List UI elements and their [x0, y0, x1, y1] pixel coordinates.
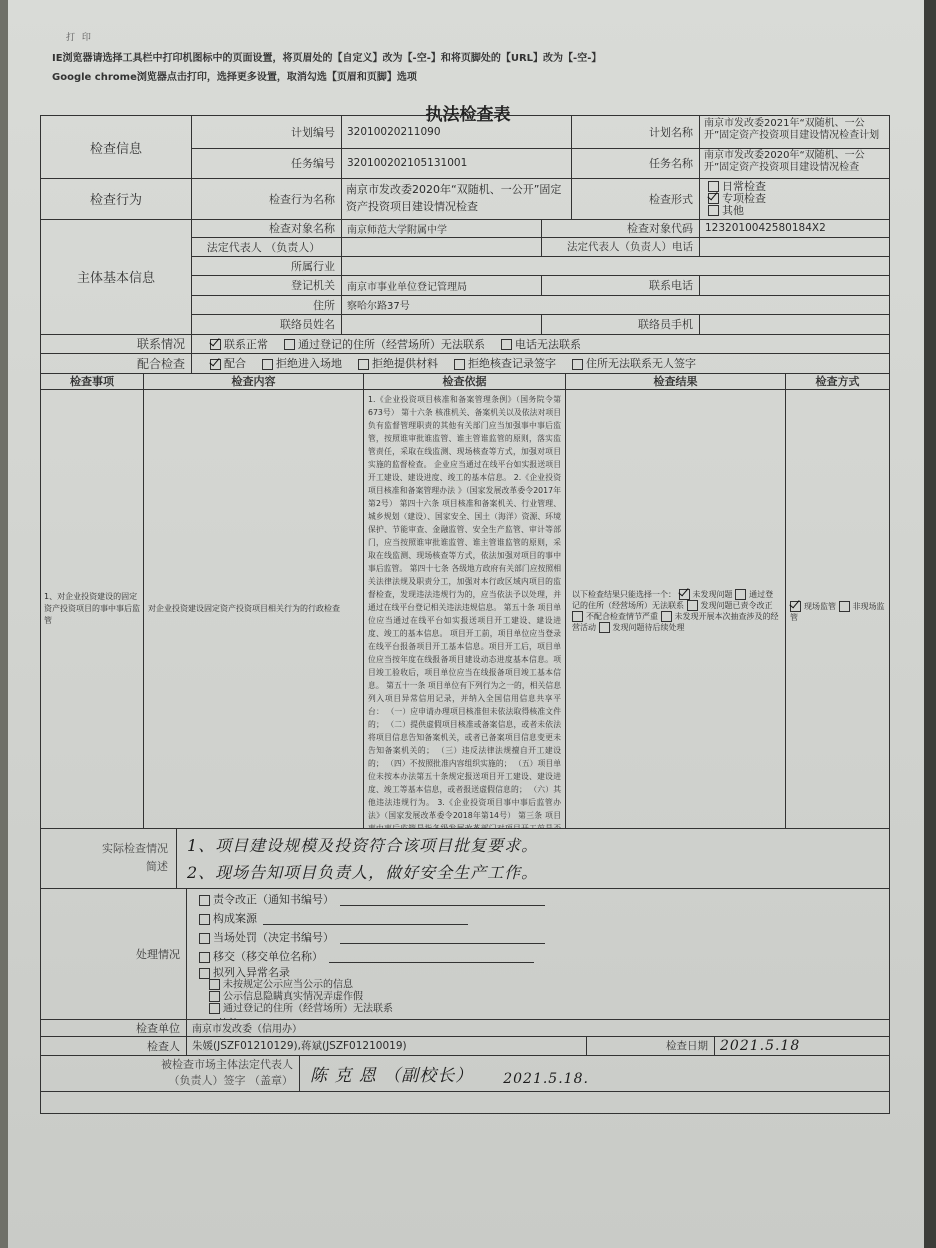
actual-situation-text: 1、项目建设规模及投资符合该项目批复要求。 2、现场告知项目负责人，做好安全生产… — [176, 828, 889, 888]
checkbox-abnormal-list[interactable] — [199, 968, 210, 979]
header-check-method: 检查方式 — [785, 373, 889, 389]
handling-options: 责令改正（通知书编号） 构成案源 当场处罚（决定书编号） 移交（移交单位名称） … — [186, 888, 889, 1019]
result-no-issue[interactable]: 未发现问题 — [679, 590, 733, 599]
checkbox-rectify[interactable] — [199, 895, 210, 906]
option-other-check[interactable]: 其他 — [708, 205, 744, 217]
industry-label: 所属行业 — [191, 256, 341, 275]
option-address-unreachable[interactable]: 通过登记的住所（经营场所）无法联系 — [284, 336, 485, 352]
address-label: 住所 — [191, 295, 341, 314]
unit-value: 南京市发改委（信用办） — [186, 1019, 889, 1036]
notice-no-field[interactable] — [340, 895, 545, 906]
option-cooperate[interactable]: 配合 — [210, 355, 246, 371]
object-name-label: 检查对象名称 — [191, 219, 341, 237]
task-no-value: 320100202105131001 — [341, 148, 571, 178]
address-value: 察哈尔路37号 — [341, 295, 889, 314]
checkbox-other[interactable] — [708, 205, 719, 216]
inspection-form-label: 检查形式 — [571, 178, 699, 219]
cooperation-options: 配合 拒绝进入场地 拒绝提供材料 拒绝核查记录签字 住所无法联系无人签字 — [191, 353, 889, 373]
option-refuse-materials[interactable]: 拒绝提供材料 — [358, 355, 438, 371]
sub-unreachable[interactable]: 通过登记的住所（经营场所）无法联系 — [209, 1003, 889, 1015]
actual-situation-label: 实际检查情况 简述 — [41, 828, 176, 888]
sub-not-disclosed[interactable]: 未按规定公示应当公示的信息 — [209, 979, 889, 991]
liaison-mobile-label: 联络员手机 — [541, 314, 699, 334]
header-check-content: 检查内容 — [143, 373, 363, 389]
signature-date: 2021.5.18. — [503, 1071, 589, 1087]
inspection-form-table: 检查信息 计划编号 32010020211090 计划名称 南京市发改委2021… — [40, 115, 890, 1114]
result-rectified[interactable]: 发现问题已责令改正 — [687, 601, 773, 610]
legal-rep-value — [341, 237, 541, 256]
transfer-unit-field[interactable] — [329, 952, 534, 963]
legal-rep-phone-label: 法定代表人（负责人）电话 — [541, 237, 699, 256]
header-check-item: 检查事项 — [41, 373, 143, 389]
case-source-field[interactable] — [263, 914, 468, 925]
checkbox-onsite[interactable] — [790, 601, 801, 612]
checkbox-rectified[interactable] — [687, 600, 698, 611]
check-method-options: 现场监管 非现场监管 — [785, 389, 889, 828]
checkbox-refuse-materials[interactable] — [358, 359, 369, 370]
contact-phone-value — [699, 275, 889, 295]
check-basis-value: 1.《企业投资项目核准和备案管理条例》（国务院令第673号） 第十六条 核准机关… — [363, 389, 565, 828]
option-no-one-sign[interactable]: 住所无法联系无人签字 — [572, 355, 696, 371]
contact-status-label: 联系情况 — [41, 334, 191, 353]
signature-label: 被检查市场主体法定代表人 （负责人）签字 （盖章） — [41, 1055, 299, 1091]
sub-false-info[interactable]: 公示信息隐瞒真实情况弄虚作假 — [209, 991, 889, 1003]
section-inspection-info: 检查信息 — [41, 116, 191, 178]
checkbox-non-cooperation[interactable] — [572, 611, 583, 622]
instruction-ie: IE浏览器请选择工具栏中打印机图标中的页面设置，将页眉处的【自定义】改为【-空-… — [52, 49, 601, 64]
action-name-label: 检查行为名称 — [191, 178, 341, 219]
check-content-value: 对企业投资建设固定资产投资项目相关行为的行政检查 — [143, 389, 363, 828]
section-inspection-action: 检查行为 — [41, 178, 191, 219]
instruction-chrome: Google chrome浏览器点击打印，选择更多设置，取消勾选【页眉和页脚】选… — [52, 68, 417, 83]
plan-name-value: 南京市发改委2021年“双随机、一公开”固定资产投资项目建设情况检查计划 — [699, 116, 889, 148]
checkbox-pending[interactable] — [599, 622, 610, 633]
action-name-value: 南京市发改委2020年“双随机、一公开”固定资产投资项目建设情况检查 — [341, 178, 571, 219]
object-code-label: 检查对象代码 — [541, 219, 699, 237]
header-check-result: 检查结果 — [565, 373, 785, 389]
handling-rectify[interactable]: 责令改正（通知书编号） — [199, 890, 889, 909]
checkbox-refuse-entry[interactable] — [262, 359, 273, 370]
handling-transfer[interactable]: 移交（移交单位名称） — [199, 947, 889, 966]
checkbox-not-disclosed[interactable] — [209, 979, 220, 990]
date-value: 2021.5.18 — [714, 1036, 889, 1055]
section-subject-info: 主体基本信息 — [41, 219, 191, 334]
checkbox-cooperate[interactable] — [210, 359, 221, 370]
situation-line-1: 1、项目建设规模及投资符合该项目批复要求。 — [187, 833, 538, 856]
option-contact-normal[interactable]: 联系正常 — [210, 336, 268, 352]
signature-value: 陈 克 恩 （副校长） — [310, 1061, 473, 1086]
option-refuse-sign[interactable]: 拒绝核查记录签字 — [454, 355, 556, 371]
header-check-basis: 检查依据 — [363, 373, 565, 389]
decision-no-field[interactable] — [340, 933, 545, 944]
checkbox-false-info[interactable] — [209, 991, 220, 1002]
method-onsite[interactable]: 现场监管 — [790, 602, 836, 611]
date-label: 检查日期 — [586, 1036, 714, 1055]
cooperation-label: 配合检查 — [41, 353, 191, 373]
paper-edge — [924, 0, 936, 1248]
plan-no-label: 计划编号 — [191, 116, 341, 148]
plan-no-value: 32010020211090 — [341, 116, 571, 148]
task-no-label: 任务编号 — [191, 148, 341, 178]
liaison-name-label: 联络员姓名 — [191, 314, 341, 334]
legal-rep-label: 法定代表人 （负责人） — [191, 237, 341, 256]
unit-label: 检查单位 — [41, 1019, 186, 1036]
checkbox-no-one-sign[interactable] — [572, 359, 583, 370]
inspector-label: 检查人 — [41, 1036, 186, 1055]
legal-rep-phone-value — [699, 237, 889, 256]
handling-onsite-penalty[interactable]: 当场处罚（决定书编号） — [199, 928, 889, 947]
signature-field[interactable]: 陈 克 恩 （副校长） 2021.5.18. — [299, 1055, 889, 1091]
checkbox-offsite[interactable] — [839, 601, 850, 612]
task-name-value: 南京市发改委2020年“双随机、一公开”固定资产投资项目建设情况检查 — [699, 148, 889, 178]
handling-case-source[interactable]: 构成案源 — [199, 909, 889, 928]
option-phone-unreachable[interactable]: 电话无法联系 — [501, 336, 581, 352]
print-label[interactable]: 打 印 — [66, 30, 93, 43]
reg-authority-label: 登记机关 — [191, 275, 341, 295]
liaison-mobile-value — [699, 314, 889, 334]
checkbox-case-source[interactable] — [199, 914, 210, 925]
situation-line-2: 2、现场告知项目负责人，做好安全生产工作。 — [187, 860, 538, 883]
checkbox-no-activity[interactable] — [661, 611, 672, 622]
contact-status-options: 联系正常 通过登记的住所（经营场所）无法联系 电话无法联系 — [191, 334, 889, 353]
checkbox-contact-normal[interactable] — [210, 339, 221, 350]
checkbox-transfer[interactable] — [199, 952, 210, 963]
plan-name-label: 计划名称 — [571, 116, 699, 148]
handling-abnormal-list[interactable]: 拟列入异常名录 — [199, 966, 889, 979]
handling-label: 处理情况 — [41, 888, 186, 1019]
option-refuse-entry[interactable]: 拒绝进入场地 — [262, 355, 342, 371]
inspector-value: 朱媛(JSZF01210129),蒋斌(JSZF01210019) — [186, 1036, 586, 1055]
checkbox-refuse-sign[interactable] — [454, 359, 465, 370]
contact-phone-label: 联系电话 — [541, 275, 699, 295]
check-item-value: 1、对企业投资建设的固定资产投资项目的事中事后监管 — [41, 389, 143, 828]
check-result-options: 以下检查结果只能选择一个： 未发现问题 通过登记的住所（经营场所）无法联系 发现… — [565, 389, 785, 828]
checkbox-result-address[interactable] — [735, 589, 746, 600]
checkbox-phone-unreachable[interactable] — [501, 339, 512, 350]
result-non-cooperation[interactable]: 不配合检查情节严重 — [572, 612, 658, 621]
checkbox-onsite-penalty[interactable] — [199, 933, 210, 944]
industry-value — [341, 256, 889, 275]
object-code-value: 1232010042580184X2 — [699, 219, 889, 237]
object-name-value: 南京师范大学附属中学 — [341, 219, 541, 237]
liaison-name-value — [341, 314, 541, 334]
task-name-label: 任务名称 — [571, 148, 699, 178]
checkbox-no-issue[interactable] — [679, 589, 690, 600]
inspection-form-options: 日常检查 专项检查 其他 — [699, 178, 889, 219]
checkbox-special[interactable] — [708, 193, 719, 204]
checkbox-sub-unreachable[interactable] — [209, 1003, 220, 1014]
result-pending[interactable]: 发现问题待后续处理 — [599, 623, 685, 632]
checkbox-address-unreachable[interactable] — [284, 339, 295, 350]
reg-authority-value: 南京市事业单位登记管理局 — [341, 275, 541, 295]
